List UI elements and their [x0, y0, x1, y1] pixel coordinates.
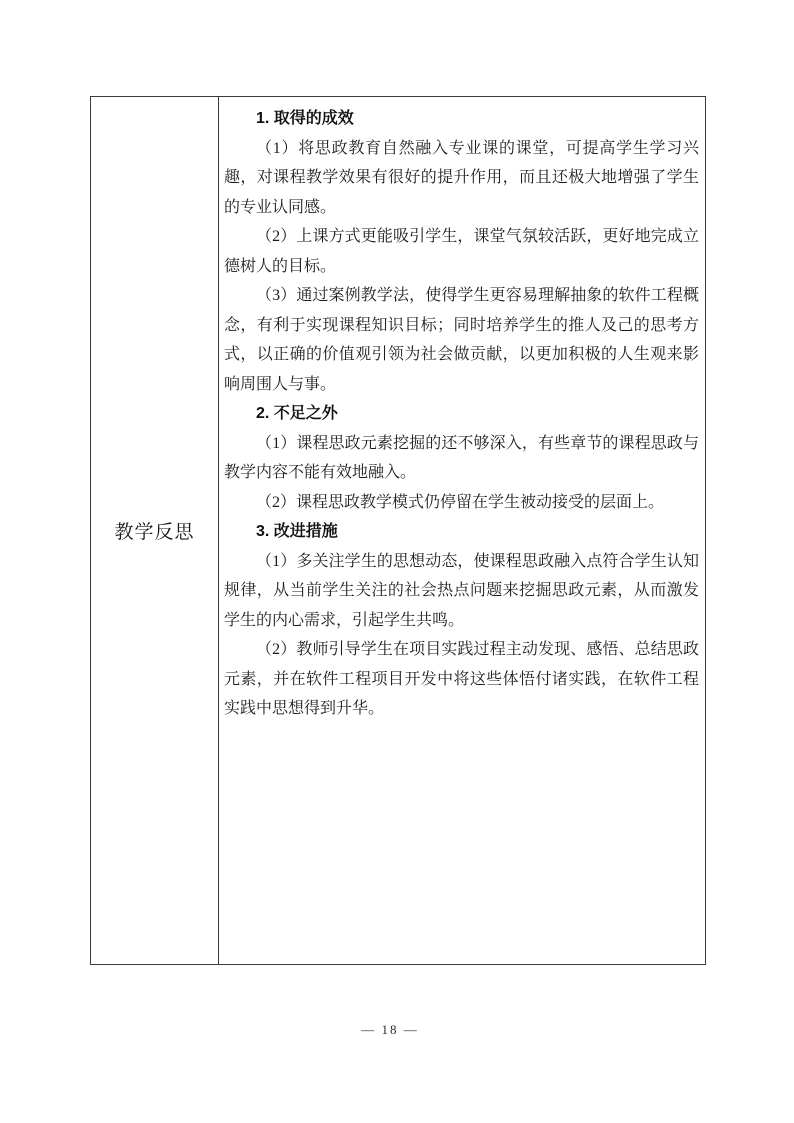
section-paragraph: （2）课程思政教学模式仍停留在学生被动接受的层面上。 [224, 488, 699, 518]
row-label: 教学反思 [114, 517, 194, 544]
reflection-table: 教学反思 1. 取得的成效 （1）将思政教育自然融入专业课的课堂，可提高学生学习… [90, 96, 706, 965]
section-paragraph: （2）上课方式更能吸引学生，课堂气氛较活跃，更好地完成立德树人的目标。 [224, 222, 699, 281]
page-number: — 18 — [0, 1022, 780, 1038]
section-paragraph: （2）教师引导学生在项目实践过程主动发现、感悟、总结思政元素，并在软件工程项目开… [224, 635, 699, 724]
section-paragraph: （3）通过案例教学法，使得学生更容易理解抽象的软件工程概念，有利于实现课程知识目… [224, 281, 699, 399]
section-paragraph: （1）课程思政元素挖掘的还不够深入，有些章节的课程思政与教学内容不能有效地融入。 [224, 429, 699, 488]
section-paragraph: （1）将思政教育自然融入专业课的课堂，可提高学生学习兴趣，对课程教学效果有很好的… [224, 134, 699, 223]
section-heading: 2. 不足之外 [224, 399, 699, 429]
section-paragraph: （1）多关注学生的思想动态，使课程思政融入点符合学生认知规律，从当前学生关注的社… [224, 547, 699, 636]
section-achievements: 1. 取得的成效 （1）将思政教育自然融入专业课的课堂，可提高学生学习兴趣，对课… [224, 104, 699, 399]
document-page: 教学反思 1. 取得的成效 （1）将思政教育自然融入专业课的课堂，可提高学生学习… [0, 0, 794, 1123]
table-cell-row-label: 教学反思 [91, 97, 219, 964]
table-cell-content: 1. 取得的成效 （1）将思政教育自然融入专业课的课堂，可提高学生学习兴趣，对课… [219, 97, 705, 964]
section-shortcomings: 2. 不足之外 （1）课程思政元素挖掘的还不够深入，有些章节的课程思政与教学内容… [224, 399, 699, 517]
section-heading: 1. 取得的成效 [224, 104, 699, 134]
section-heading: 3. 改进措施 [224, 517, 699, 547]
section-improvements: 3. 改进措施 （1）多关注学生的思想动态，使课程思政融入点符合学生认知规律，从… [224, 517, 699, 724]
